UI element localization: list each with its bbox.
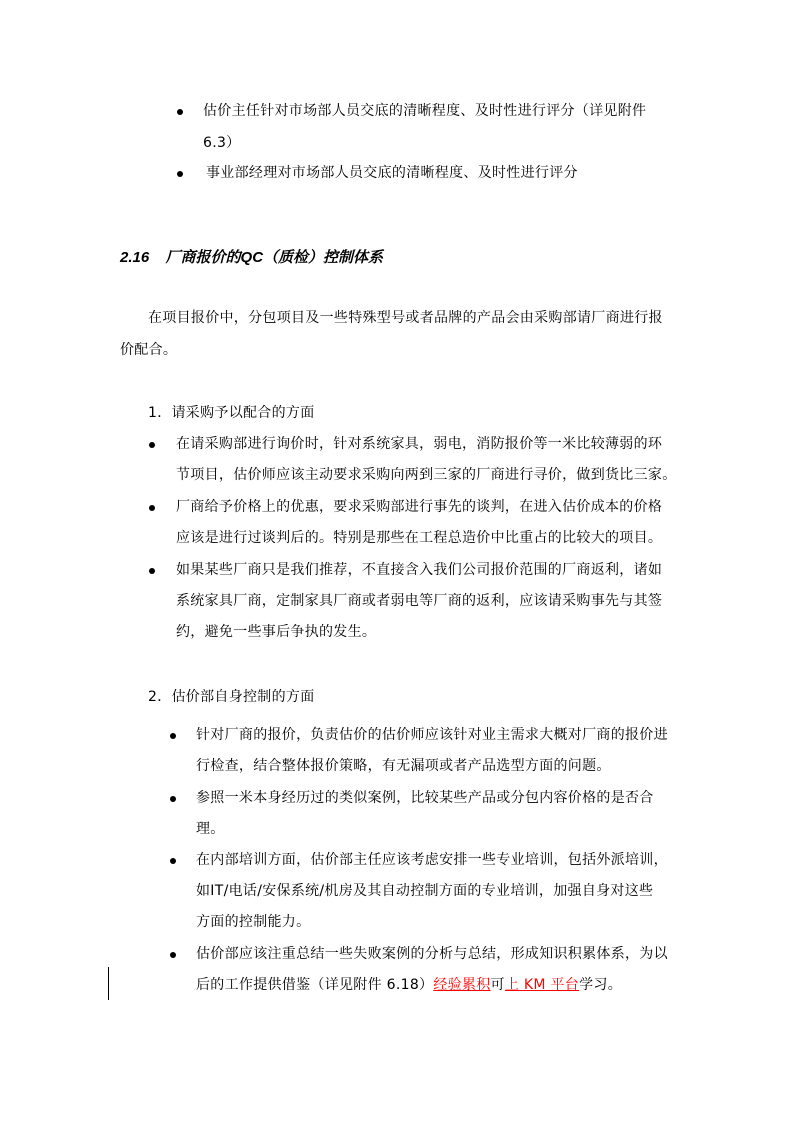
part2-heading: 2．估价部自身控制的方面 bbox=[148, 687, 315, 707]
intro-line-2: 价配合。 bbox=[120, 340, 177, 360]
part1-bullet-3-line-3: 约，避免一些事后争执的发生。 bbox=[176, 622, 376, 642]
part2-bullet-4-line-2: 后的工作提供借鉴（详见附件 6.18）经验累积可上 KM 平台学习。 bbox=[196, 975, 622, 995]
intro-line-1: 在项目报价中，分包项目及一些特殊型号或者品牌的产品会由采购部请厂商进行报 bbox=[148, 308, 663, 328]
part2-bullet-1-line-2: 行检查，结合整体报价策略，有无漏项或者产品选型方面的问题。 bbox=[196, 756, 611, 776]
top-bullet-1-line-2: 6.3） bbox=[203, 133, 240, 153]
part2-bullet-4-line-1: 估价部应该注重总结一些失败案例的分析与总结，形成知识积累体系，为以 bbox=[196, 944, 668, 964]
section-number: 2.16 bbox=[120, 249, 149, 266]
part2-bullet-3-line-1: 在内部培训方面，估价部主任应该考虑安排一些专业培训，包括外派培训， bbox=[196, 850, 668, 870]
part1-bullet-3-line-2: 系统家具厂商，定制家具厂商或者弱电等厂商的返利，应该请采购事先与其签 bbox=[176, 591, 662, 611]
bullet-icon bbox=[170, 858, 176, 864]
line-text-suffix: 学习。 bbox=[579, 977, 622, 993]
experience-accumulation-link[interactable]: 经验累积 bbox=[433, 977, 490, 993]
bullet-icon bbox=[170, 796, 176, 802]
part1-bullet-1-line-2: 节项目，估价师应该主动要求采购向两到三家的厂商进行寻价，做到货比三家。 bbox=[176, 465, 677, 485]
part1-bullet-3-line-1: 如果某些厂商只是我们推荐，不直接含入我们公司报价范围的厂商返利，诸如 bbox=[176, 560, 662, 580]
line-text-prefix: 后的工作提供借鉴（详见附件 6.18） bbox=[196, 977, 433, 993]
revision-change-bar bbox=[108, 967, 109, 1000]
part2-bullet-3-line-2: 如IT/电话/安保系统/机房及其自动控制方面的专业培训，加强自身对这些 bbox=[196, 881, 653, 901]
part1-bullet-2-line-2: 应该是进行过谈判后的。特别是那些在工程总造价中比重占的比较大的项目。 bbox=[176, 528, 662, 548]
section-heading: 2.16 厂商报价的QC（质检）控制体系 bbox=[120, 248, 383, 268]
bullet-icon bbox=[177, 171, 183, 177]
km-platform-link[interactable]: 上 KM 平台 bbox=[505, 977, 579, 993]
part2-bullet-2-line-1: 参照一米本身经历过的类似案例，比较某些产品或分包内容价格的是否合 bbox=[196, 788, 654, 808]
top-bullet-1-line-1: 估价主任针对市场部人员交底的清晰程度、及时性进行评分（详见附件 bbox=[203, 101, 646, 121]
part1-bullet-2-line-1: 厂商给予价格上的优惠，要求采购部进行事先的谈判，在进入估价成本的价格 bbox=[176, 497, 662, 517]
part2-bullet-3-line-3: 方面的控制能力。 bbox=[196, 912, 310, 932]
bullet-icon bbox=[170, 733, 176, 739]
part2-bullet-2-line-2: 理。 bbox=[196, 819, 225, 839]
part1-bullet-1-line-1: 在请采购部进行询价时，针对系统家具，弱电，消防报价等一米比较薄弱的环 bbox=[176, 434, 662, 454]
line-text-mid: 可 bbox=[491, 977, 505, 993]
top-bullet-2-line-1: 事业部经理对市场部人员交底的清晰程度、及时性进行评分 bbox=[206, 163, 578, 183]
bullet-icon bbox=[170, 952, 176, 958]
part1-heading: 1．请采购予以配合的方面 bbox=[148, 403, 315, 423]
section-title: 厂商报价的QC（质检）控制体系 bbox=[166, 249, 384, 266]
document-page: 估价主任针对市场部人员交底的清晰程度、及时性进行评分（详见附件 6.3） 事业部… bbox=[0, 0, 793, 1122]
bullet-icon bbox=[149, 568, 155, 574]
part2-bullet-1-line-1: 针对厂商的报价，负责估价的估价师应该针对业主需求大概对厂商的报价进 bbox=[196, 725, 668, 745]
bullet-icon bbox=[149, 505, 155, 511]
bullet-icon bbox=[177, 109, 183, 115]
bullet-icon bbox=[149, 442, 155, 448]
